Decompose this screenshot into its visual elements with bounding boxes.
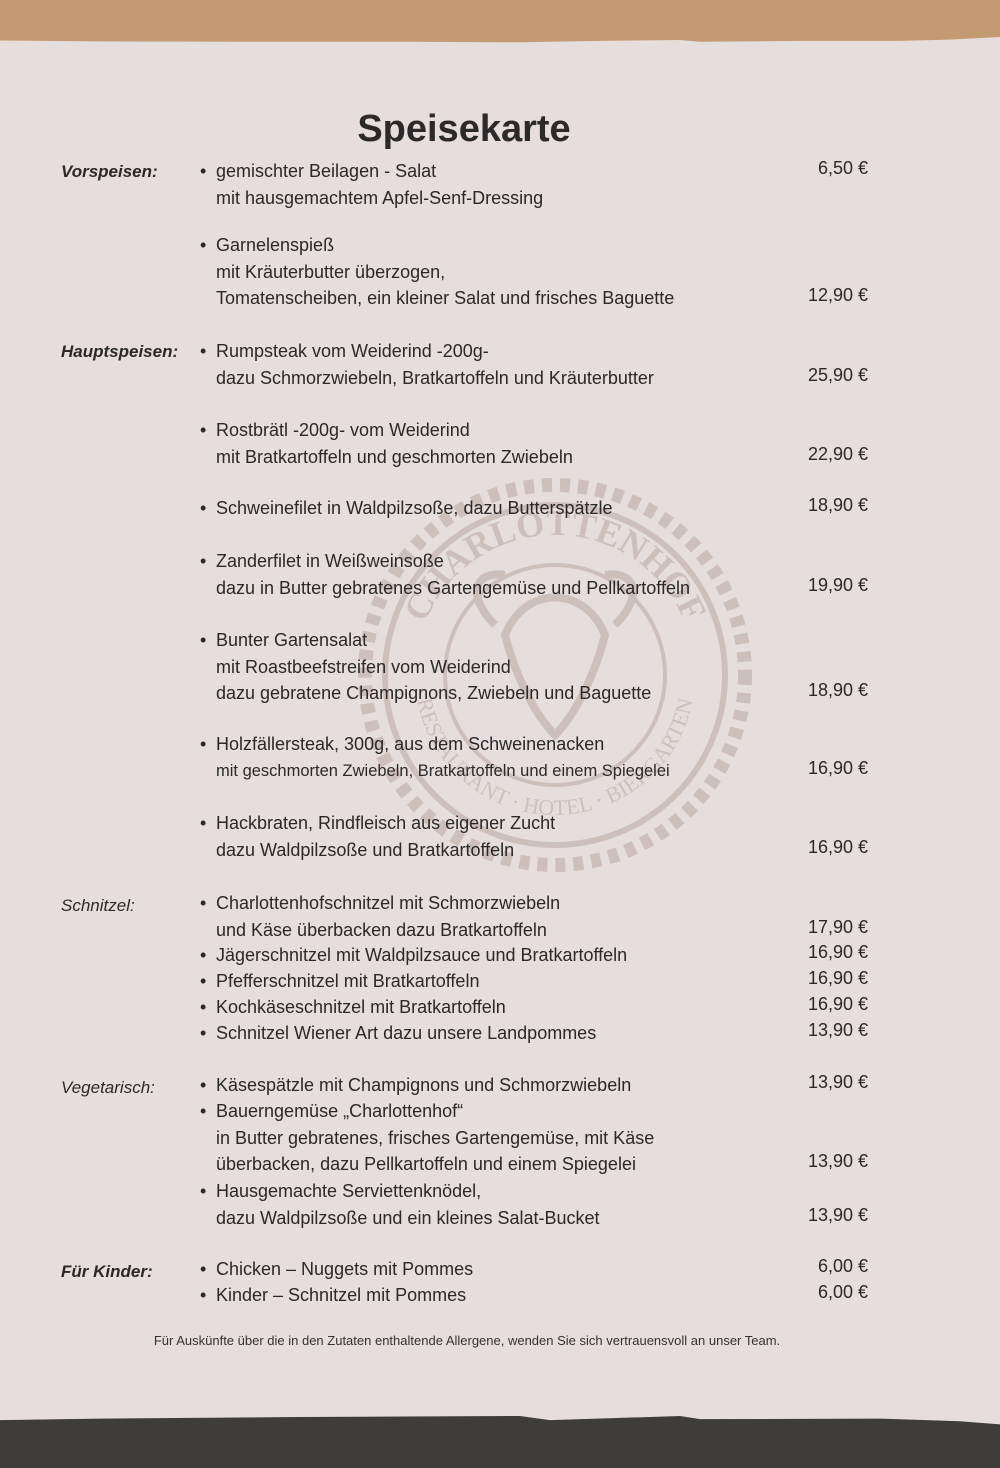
menu-item-name: Garnelenspieß bbox=[200, 232, 880, 259]
menu-item-name: Bauerngemüse „Charlottenhof“ bbox=[200, 1098, 880, 1125]
menu-item-name: Hackbraten, Rindfleisch aus eigener Zuch… bbox=[200, 810, 880, 837]
menu-item-description: dazu Waldpilzsoße und Bratkartoffeln bbox=[200, 837, 880, 864]
menu-item: Schweinefilet in Waldpilzsoße, dazu Butt… bbox=[200, 495, 880, 522]
section-label: Vegetarisch: bbox=[61, 1078, 155, 1098]
menu-item-name: Kochkäseschnitzel mit Bratkartoffeln bbox=[200, 994, 880, 1021]
menu-item-price: 16,90 € bbox=[808, 942, 868, 963]
top-paper-band bbox=[0, 0, 1000, 44]
menu-item: Charlottenhofschnitzel mit Schmorzwiebel… bbox=[200, 890, 880, 943]
menu-item-price: 13,90 € bbox=[808, 1151, 868, 1172]
menu-item: Hausgemachte Serviettenknödel,dazu Waldp… bbox=[200, 1178, 880, 1231]
menu-item-price: 18,90 € bbox=[808, 495, 868, 516]
menu-item-price: 19,90 € bbox=[808, 575, 868, 596]
menu-item-price: 13,90 € bbox=[808, 1072, 868, 1093]
menu-item-description: mit Bratkartoffeln und geschmorten Zwieb… bbox=[200, 444, 880, 471]
allergen-note: Für Auskünfte über die in den Zutaten en… bbox=[0, 1333, 934, 1348]
menu-item-name: Rostbrätl -200g- vom Weiderind bbox=[200, 417, 880, 444]
menu-item: Pfefferschnitzel mit Bratkartoffeln bbox=[200, 968, 880, 995]
menu-item-price: 16,90 € bbox=[808, 837, 868, 858]
menu-item: Rumpsteak vom Weiderind -200g-dazu Schmo… bbox=[200, 338, 880, 391]
section-label: Für Kinder: bbox=[61, 1262, 153, 1282]
menu-item-price: 25,90 € bbox=[808, 365, 868, 386]
menu-item-description: überbacken, dazu Pellkartoffeln und eine… bbox=[200, 1151, 880, 1178]
menu-item-name: Käsespätzle mit Champignons und Schmorzw… bbox=[200, 1072, 880, 1099]
menu-item-price: 22,90 € bbox=[808, 444, 868, 465]
menu-item-name: Rumpsteak vom Weiderind -200g- bbox=[200, 338, 880, 365]
menu-item-description: in Butter gebratenes, frisches Gartengem… bbox=[200, 1125, 880, 1152]
menu-item-price: 6,50 € bbox=[818, 158, 868, 179]
menu-item-description: mit Kräuterbutter überzogen, bbox=[200, 259, 880, 286]
bottom-paper-band bbox=[0, 1416, 1000, 1468]
menu-item: Rostbrätl -200g- vom Weiderindmit Bratka… bbox=[200, 417, 880, 470]
menu-item: Chicken – Nuggets mit Pommes bbox=[200, 1256, 880, 1283]
menu-item: Kinder – Schnitzel mit Pommes bbox=[200, 1282, 880, 1309]
menu-title: Speisekarte bbox=[0, 108, 928, 151]
menu-item: Zanderfilet in Weißweinsoßedazu in Butte… bbox=[200, 548, 880, 601]
menu-item: Hackbraten, Rindfleisch aus eigener Zuch… bbox=[200, 810, 880, 863]
menu-item-name: Schnitzel Wiener Art dazu unsere Landpom… bbox=[200, 1020, 880, 1047]
menu-item-description: mit hausgemachtem Apfel-Senf-Dressing bbox=[200, 185, 880, 212]
menu-item: Jägerschnitzel mit Waldpilzsauce und Bra… bbox=[200, 942, 880, 969]
menu-item-name: Bunter Gartensalat bbox=[200, 627, 880, 654]
menu-item-price: 6,00 € bbox=[818, 1256, 868, 1277]
menu-item-price: 16,90 € bbox=[808, 758, 868, 779]
menu-item-name: Chicken – Nuggets mit Pommes bbox=[200, 1256, 880, 1283]
section-label: Hauptspeisen: bbox=[61, 342, 178, 362]
menu-item-price: 18,90 € bbox=[808, 680, 868, 701]
menu-item-price: 12,90 € bbox=[808, 285, 868, 306]
menu-item-description: Tomatenscheiben, ein kleiner Salat und f… bbox=[200, 285, 880, 312]
menu-item-price: 13,90 € bbox=[808, 1205, 868, 1226]
menu-item-price: 13,90 € bbox=[808, 1020, 868, 1041]
menu-item: Schnitzel Wiener Art dazu unsere Landpom… bbox=[200, 1020, 880, 1047]
menu-item-description: dazu gebratene Champignons, Zwiebeln und… bbox=[200, 680, 880, 707]
menu-item-name: Jägerschnitzel mit Waldpilzsauce und Bra… bbox=[200, 942, 880, 969]
menu-item-price: 16,90 € bbox=[808, 968, 868, 989]
menu-item: Bauerngemüse „Charlottenhof“in Butter ge… bbox=[200, 1098, 880, 1178]
menu-item-name: gemischter Beilagen - Salat bbox=[200, 158, 880, 185]
menu-item: Kochkäseschnitzel mit Bratkartoffeln bbox=[200, 994, 880, 1021]
menu-item-name: Pfefferschnitzel mit Bratkartoffeln bbox=[200, 968, 880, 995]
menu-item-price: 16,90 € bbox=[808, 994, 868, 1015]
menu-item-description: dazu Schmorzwiebeln, Bratkartoffeln und … bbox=[200, 365, 880, 392]
menu-item: gemischter Beilagen - Salatmit hausgemac… bbox=[200, 158, 880, 211]
menu-item-name: Holzfällersteak, 300g, aus dem Schweinen… bbox=[200, 731, 880, 758]
menu-item-price: 6,00 € bbox=[818, 1282, 868, 1303]
section-label: Vorspeisen: bbox=[61, 162, 158, 182]
menu-item-description: mit Roastbeefstreifen vom Weiderind bbox=[200, 654, 880, 681]
menu-item-description: dazu in Butter gebratenes Gartengemüse u… bbox=[200, 575, 880, 602]
menu-item-description: und Käse überbacken dazu Bratkartoffeln bbox=[200, 917, 880, 944]
section-label: Schnitzel: bbox=[61, 896, 135, 916]
menu-item: Käsespätzle mit Champignons und Schmorzw… bbox=[200, 1072, 880, 1099]
menu-item: Bunter Gartensalatmit Roastbeefstreifen … bbox=[200, 627, 880, 707]
menu-item-name: Charlottenhofschnitzel mit Schmorzwiebel… bbox=[200, 890, 880, 917]
menu-item: Holzfällersteak, 300g, aus dem Schweinen… bbox=[200, 731, 880, 784]
menu-item-description: mit geschmorten Zwiebeln, Bratkartoffeln… bbox=[200, 758, 880, 785]
menu-item-name: Schweinefilet in Waldpilzsoße, dazu Butt… bbox=[200, 495, 880, 522]
menu-item-name: Kinder – Schnitzel mit Pommes bbox=[200, 1282, 880, 1309]
menu-item: Garnelenspießmit Kräuterbutter überzogen… bbox=[200, 232, 880, 312]
menu-item-name: Zanderfilet in Weißweinsoße bbox=[200, 548, 880, 575]
menu-item-description: dazu Waldpilzsoße und ein kleines Salat-… bbox=[200, 1205, 880, 1232]
menu-item-name: Hausgemachte Serviettenknödel, bbox=[200, 1178, 880, 1205]
menu-item-price: 17,90 € bbox=[808, 917, 868, 938]
